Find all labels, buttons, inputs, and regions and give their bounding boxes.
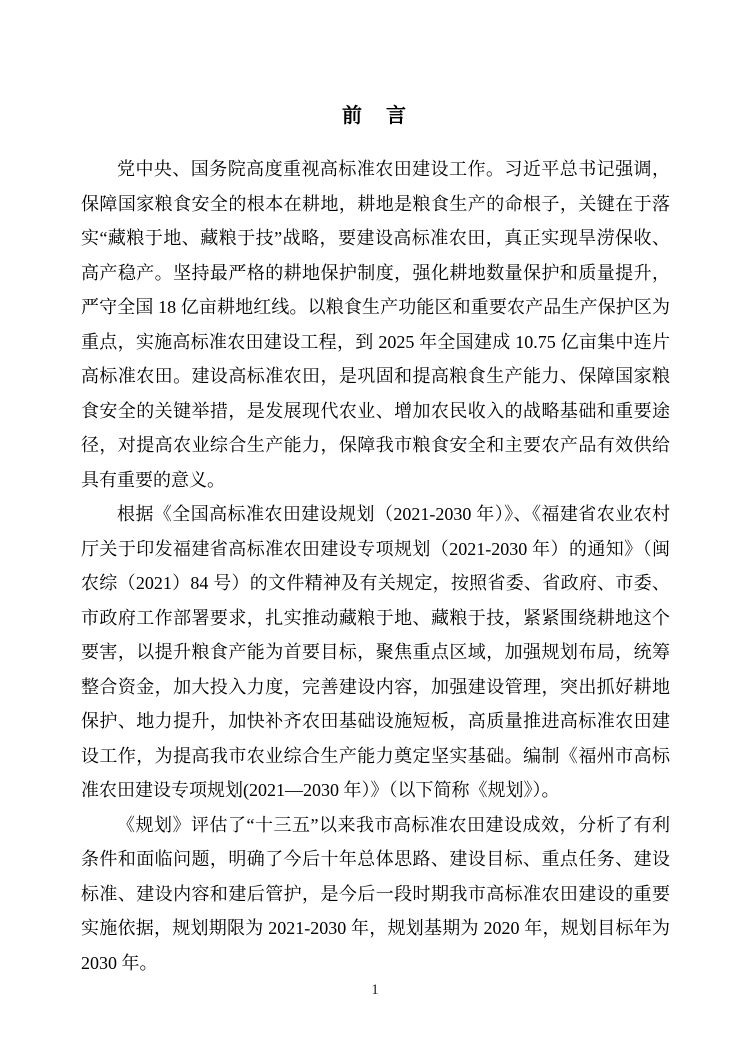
paragraph: 《规划》评估了“十三五”以来我市高标准农田建设成效，分析了有利条件和面临问题，明… bbox=[81, 808, 670, 981]
document-page: 前 言 党中央、国务院高度重视高标准农田建设工作。习近平总书记强调，保障国家粮食… bbox=[0, 0, 750, 1061]
paragraph: 党中央、国务院高度重视高标准农田建设工作。习近平总书记强调，保障国家粮食安全的根… bbox=[81, 152, 670, 497]
paragraph: 根据《全国高标准农田建设规划（2021-2030 年）》、《福建省农业农村厅关于… bbox=[81, 497, 670, 808]
page-number: 1 bbox=[0, 981, 750, 999]
document-body: 党中央、国务院高度重视高标准农田建设工作。习近平总书记强调，保障国家粮食安全的根… bbox=[81, 152, 670, 980]
page-title: 前 言 bbox=[0, 104, 750, 129]
